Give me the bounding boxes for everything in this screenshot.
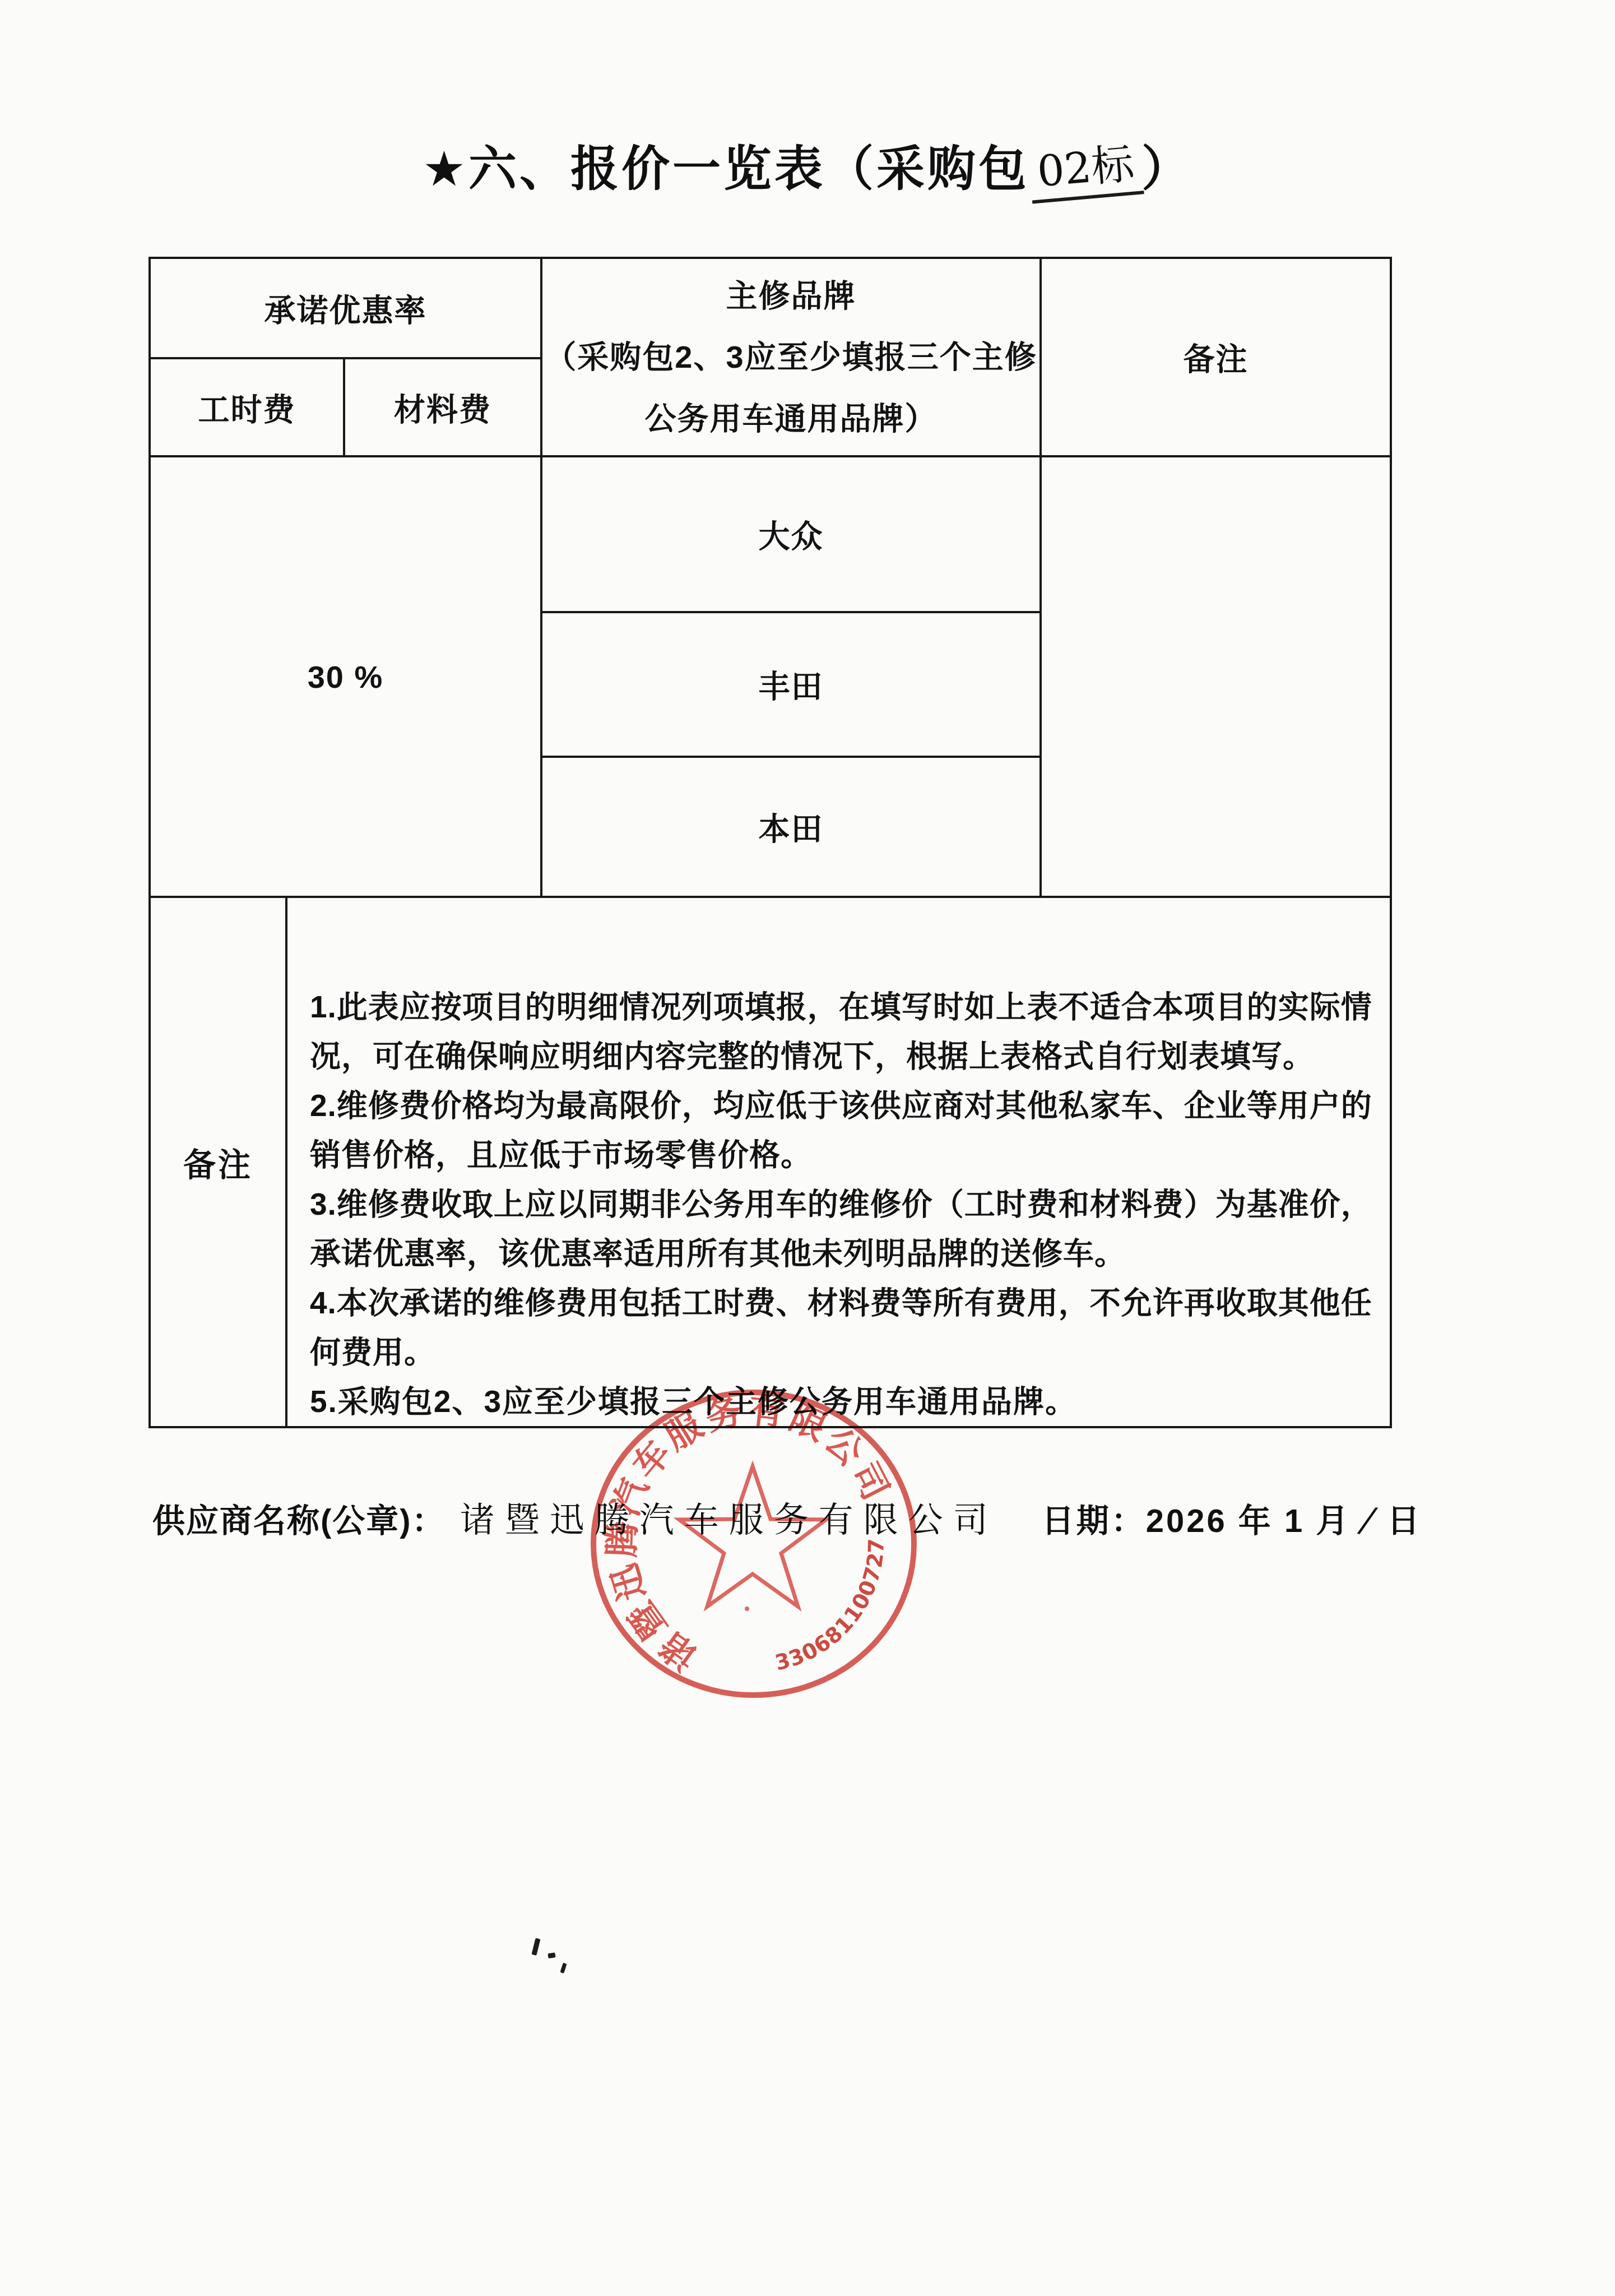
seal-center-dot [745,1607,749,1611]
notes-body: 1.此表应按项目的明细情况列项填报，在填写时如上表不适合本项目的实际情况，可在确… [287,898,1390,1426]
quotation-table-wrapper: 承诺优惠率 主修品牌 （采购包2、3应至少填报三个主修公务用车通用品牌） 备注 … [148,257,1392,1428]
supplier-name: 诸暨迅腾汽车服务有限公司 [460,1492,998,1542]
header-brand-line2: （采购包2、3应至少填报三个主修公务用车通用品牌） [545,339,1037,436]
page-title-prefix: ★六、报价一览表（采购包 [423,142,1029,196]
seal-ring [593,1392,914,1695]
date-prefix: 日期：2026 年 1 月 [1042,1503,1351,1539]
note-item-2: 2.维修费价格均为最高限价，均应低于该供应商对其他私家车、企业等用户的销售价格，… [310,1081,1374,1179]
header-material-fee: 材料费 [344,358,541,456]
notes-cell: 备注 1.此表应按项目的明细情况列项填报，在填写时如上表不适合本项目的实际情况，… [150,897,1391,1427]
date-group: 日期：2026 年 1 月/日 [1042,1494,1422,1542]
note-item-3: 3.维修费收取上应以同期非公务用车的维修价（工时费和材料费）为基准价，承诺优惠率… [310,1179,1374,1278]
brand-cell-1: 大众 [541,456,1041,612]
notes-row: 备注 1.此表应按项目的明细情况列项填报，在填写时如上表不适合本项目的实际情况，… [150,897,1391,1427]
supplier-label: 供应商名称(公章)： [152,1494,445,1542]
table-row-brand-1: 30 % 大众 [150,456,1391,612]
header-brand-line1: 主修品牌 [542,265,1039,326]
signature-line: 供应商名称(公章)： 诸暨迅腾汽车服务有限公司 日期：2026 年 1 月/日 [152,1492,1509,1542]
page-title-suffix: ） [1141,142,1192,196]
brand-cell-3: 本田 [541,757,1041,897]
note-item-5: 5.采购包2、3应至少填报三个主修公务用车通用品牌。 [310,1377,1374,1426]
ink-speck [533,1938,578,1983]
note-item-4: 4.本次承诺的维修费用包括工时费、材料费等所有费用，不允许再收取其他任何费用。 [310,1278,1374,1377]
date-suffix: 日 [1387,1503,1422,1539]
header-discount-rate: 承诺优惠率 [150,258,541,358]
remark-value-cell [1041,456,1391,897]
handwritten-day-mark: / [1359,1499,1379,1542]
company-seal-stamp: 诸暨迅腾汽车服务有限公司 33068110072715 [586,1378,922,1714]
notes-wrap: 备注 1.此表应按项目的明细情况列项填报，在填写时如上表不适合本项目的实际情况，… [151,898,1390,1426]
header-row-1: 承诺优惠率 主修品牌 （采购包2、3应至少填报三个主修公务用车通用品牌） 备注 [150,258,1391,358]
brand-cell-2: 丰田 [541,612,1041,757]
header-labor-fee: 工时费 [150,358,344,456]
handwritten-package-number: 02标 [1027,129,1144,204]
page-title: ★六、报价一览表（采购包02标） [0,130,1615,202]
quotation-table: 承诺优惠率 主修品牌 （采购包2、3应至少填报三个主修公务用车通用品牌） 备注 … [148,257,1392,1428]
header-brand: 主修品牌 （采购包2、3应至少填报三个主修公务用车通用品牌） [541,258,1041,456]
discount-value-cell: 30 % [150,456,541,897]
note-item-1: 1.此表应按项目的明细情况列项填报，在填写时如上表不适合本项目的实际情况，可在确… [310,982,1374,1081]
notes-label: 备注 [151,898,287,1426]
header-remark: 备注 [1041,258,1391,456]
